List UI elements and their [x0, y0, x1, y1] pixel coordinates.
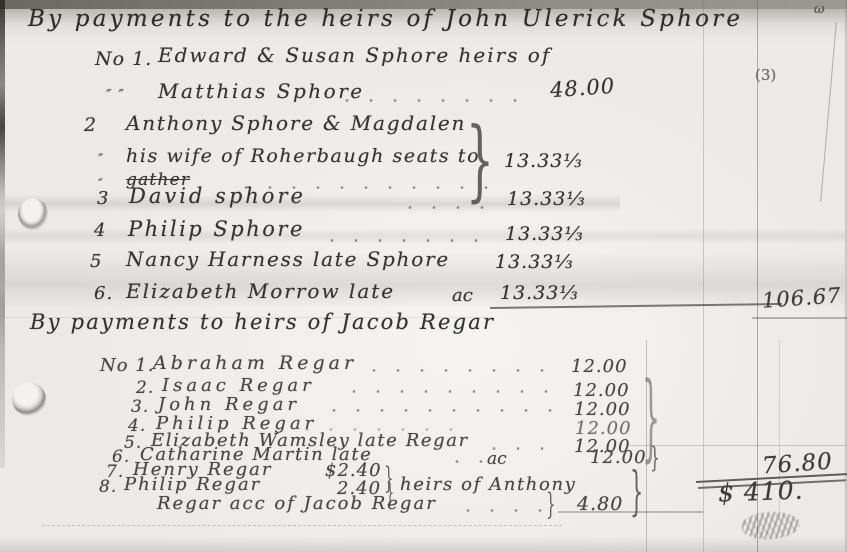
dotted-leader [330, 239, 495, 242]
entry-no: 6. [94, 283, 113, 304]
curly-brace-tall: } [642, 362, 660, 472]
scanned-ledger-page: ω By payments to the heirs of John Uleri… [0, 0, 847, 552]
entry-no: 5 [90, 251, 102, 272]
entry-name: Abraham Regar [153, 352, 357, 374]
entry-no: 2 [84, 114, 97, 136]
punch-hole [12, 382, 46, 416]
pencil-line [752, 317, 847, 319]
ditto-marks: ″ ″ [106, 86, 125, 104]
fold-crease [630, 445, 847, 446]
entry-name: Regar acc of Jacob Regar [157, 493, 437, 514]
entry-name: Elizabeth Morrow late [126, 279, 395, 303]
curly-brace: } [546, 487, 556, 522]
entry-note: ac [487, 449, 507, 469]
entry-note: ac [452, 285, 473, 306]
grand-total: $ 410. [718, 476, 804, 508]
scan-edge-left [0, 0, 5, 468]
fold-crease [42, 525, 562, 526]
entry-no: 2. [136, 378, 154, 398]
ditto-mark: ″ [98, 152, 104, 168]
entry-no: 8. [99, 477, 117, 497]
entry-no: No 1. [100, 355, 154, 376]
dotted-leader [455, 460, 483, 463]
entry-amount: 13.33⅓ [500, 282, 579, 304]
scan-shadow-bottom [0, 536, 847, 552]
entry-name: Isaac Regar [162, 375, 315, 396]
corner-fold-crease [820, 22, 837, 201]
entry-name: Matthias Sphore [158, 79, 365, 103]
entry-no: 3. [131, 397, 149, 417]
entry-no: 4 [94, 220, 106, 241]
dotted-leader [466, 509, 544, 512]
dotted-leader [332, 409, 557, 412]
entry-name: Nancy Harness late Sphore [126, 247, 450, 271]
entry-amount: 12.00 [573, 380, 630, 401]
entry-name: Edward & Susan Sphore heirs of [158, 43, 551, 67]
page-number: (3) [755, 66, 776, 84]
section2-title: By payments to heirs of Jacob Regar [30, 310, 495, 334]
entry-amount: 13.33⅓ [507, 188, 586, 210]
entry-no: No 1. [95, 48, 152, 70]
entry-amount: 12.00 [574, 399, 631, 420]
punch-hole [18, 198, 48, 230]
dotted-leader [408, 206, 496, 209]
entry-amount: 13.33⅓ [495, 251, 574, 273]
entry-name: Philip Regar [124, 474, 261, 495]
entry-amount: 48.00 [549, 74, 616, 102]
dotted-leader [372, 369, 557, 372]
entry-name: Philip Sphore [128, 217, 305, 241]
entry-name: David sphore [129, 184, 306, 208]
section1-title: By payments to the heirs of John Ulerick… [28, 6, 743, 32]
entry-name: John Regar [158, 394, 300, 415]
fold-crease [703, 0, 704, 552]
entry-amount: 13.33⅓ [505, 223, 584, 245]
pencil-line [558, 511, 703, 513]
corner-pen-mark: ω [814, 2, 825, 17]
ink-smudge [741, 509, 802, 542]
entry-no: 3 [97, 188, 109, 209]
entry-name: his wife of Roherbaugh seats to [126, 145, 480, 167]
section1-total: 106.67 [761, 283, 842, 312]
entry-amount: 13.33⅓ [504, 150, 583, 172]
entry-amount: 12.00 [571, 356, 628, 377]
dotted-leader [352, 390, 557, 393]
entry-name: Anthony Sphore & Magdalen [126, 111, 466, 135]
dotted-leader [345, 99, 535, 102]
